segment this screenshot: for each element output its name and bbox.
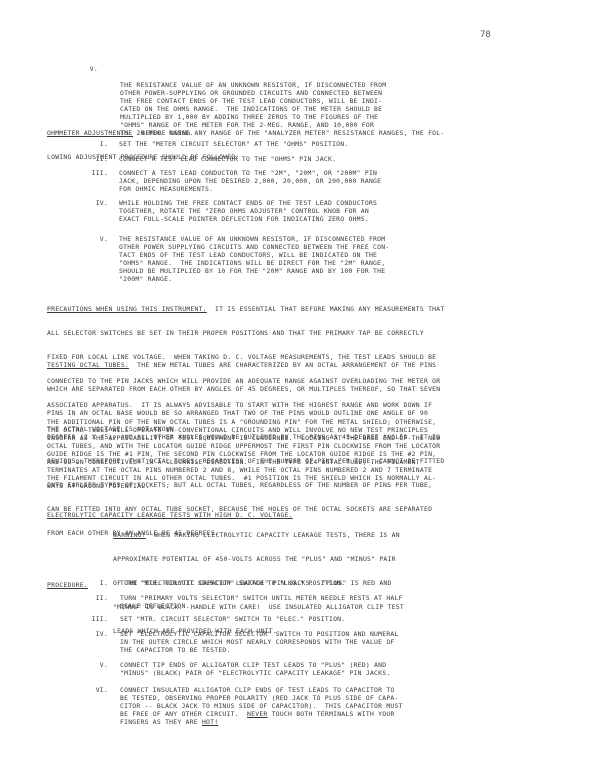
item-number: I. xyxy=(78,140,108,148)
item-body: SET THE "METER CIRCUIT SELECTOR" AT THE … xyxy=(119,140,348,148)
item-body: CONNECT INSULATED ALLIGATOR CLIP ENDS OF… xyxy=(120,686,403,726)
item-number: I. xyxy=(78,579,108,587)
intro-item: V. THE RESISTANCE VALUE OF AN UNKNOWN RE… xyxy=(60,57,76,89)
item-body: TURN "PRIMARY VOLTS SELECTOR" SWITCH UNT… xyxy=(120,594,403,610)
item-number: V. xyxy=(60,65,98,73)
page-number: 78 xyxy=(480,30,491,40)
item-number: IV. xyxy=(78,630,108,638)
document-page: 78 V. THE RESISTANCE VALUE OF AN UNKNOWN… xyxy=(0,0,591,770)
item-number: V. xyxy=(78,661,108,669)
warning-label: WARNING! xyxy=(113,531,146,539)
item-number: V. xyxy=(78,235,108,243)
item-number: III. xyxy=(78,615,108,623)
item-body: CONNECT TIP ENDS OF ALLIGATOR CLIP TEST … xyxy=(120,661,390,677)
item-body: THE RESISTANCE VALUE OF AN UNKNOWN RESIS… xyxy=(119,235,389,283)
item-body: SET "ELECTROLYTIC CAPACITOR SELECTOR" SW… xyxy=(120,630,399,654)
grounding-paragraph: THE ADDITIONAL PIN OF THE NEW OCTAL TUBE… xyxy=(47,418,567,490)
item-body: WHILE HOLDING THE FREE CONTACT ENDS OF T… xyxy=(119,199,377,223)
item-number: II. xyxy=(78,594,108,602)
hot-emphasis: HOT! xyxy=(202,718,218,726)
section-heading: OHMMETER ADJUSTMENTS. xyxy=(47,129,133,137)
item-body: SET "MTR. CIRCUIT SELECTOR" SWITCH TO "E… xyxy=(120,615,345,623)
section-heading: PRECAUTIONS WHEN USING THIS INSTRUMENT. xyxy=(47,305,207,313)
item-number: II. xyxy=(78,155,108,163)
item-number: VI. xyxy=(78,686,108,694)
item-number: IV. xyxy=(78,199,108,207)
item-body: TURN "MTR. CIRCUIT SELECTOR" SWITCH TO "… xyxy=(120,579,345,587)
section-heading: TESTING OCTAL TUBES. xyxy=(47,361,129,369)
item-body: CONNECT A TEST LEAD CONNECTOR TO THE "OH… xyxy=(119,155,336,163)
never-emphasis: NEVER xyxy=(247,710,268,718)
item-body: CONNECT A TEST LEAD CONDUCTOR TO THE "2M… xyxy=(119,169,381,193)
item-number: III. xyxy=(78,169,108,177)
